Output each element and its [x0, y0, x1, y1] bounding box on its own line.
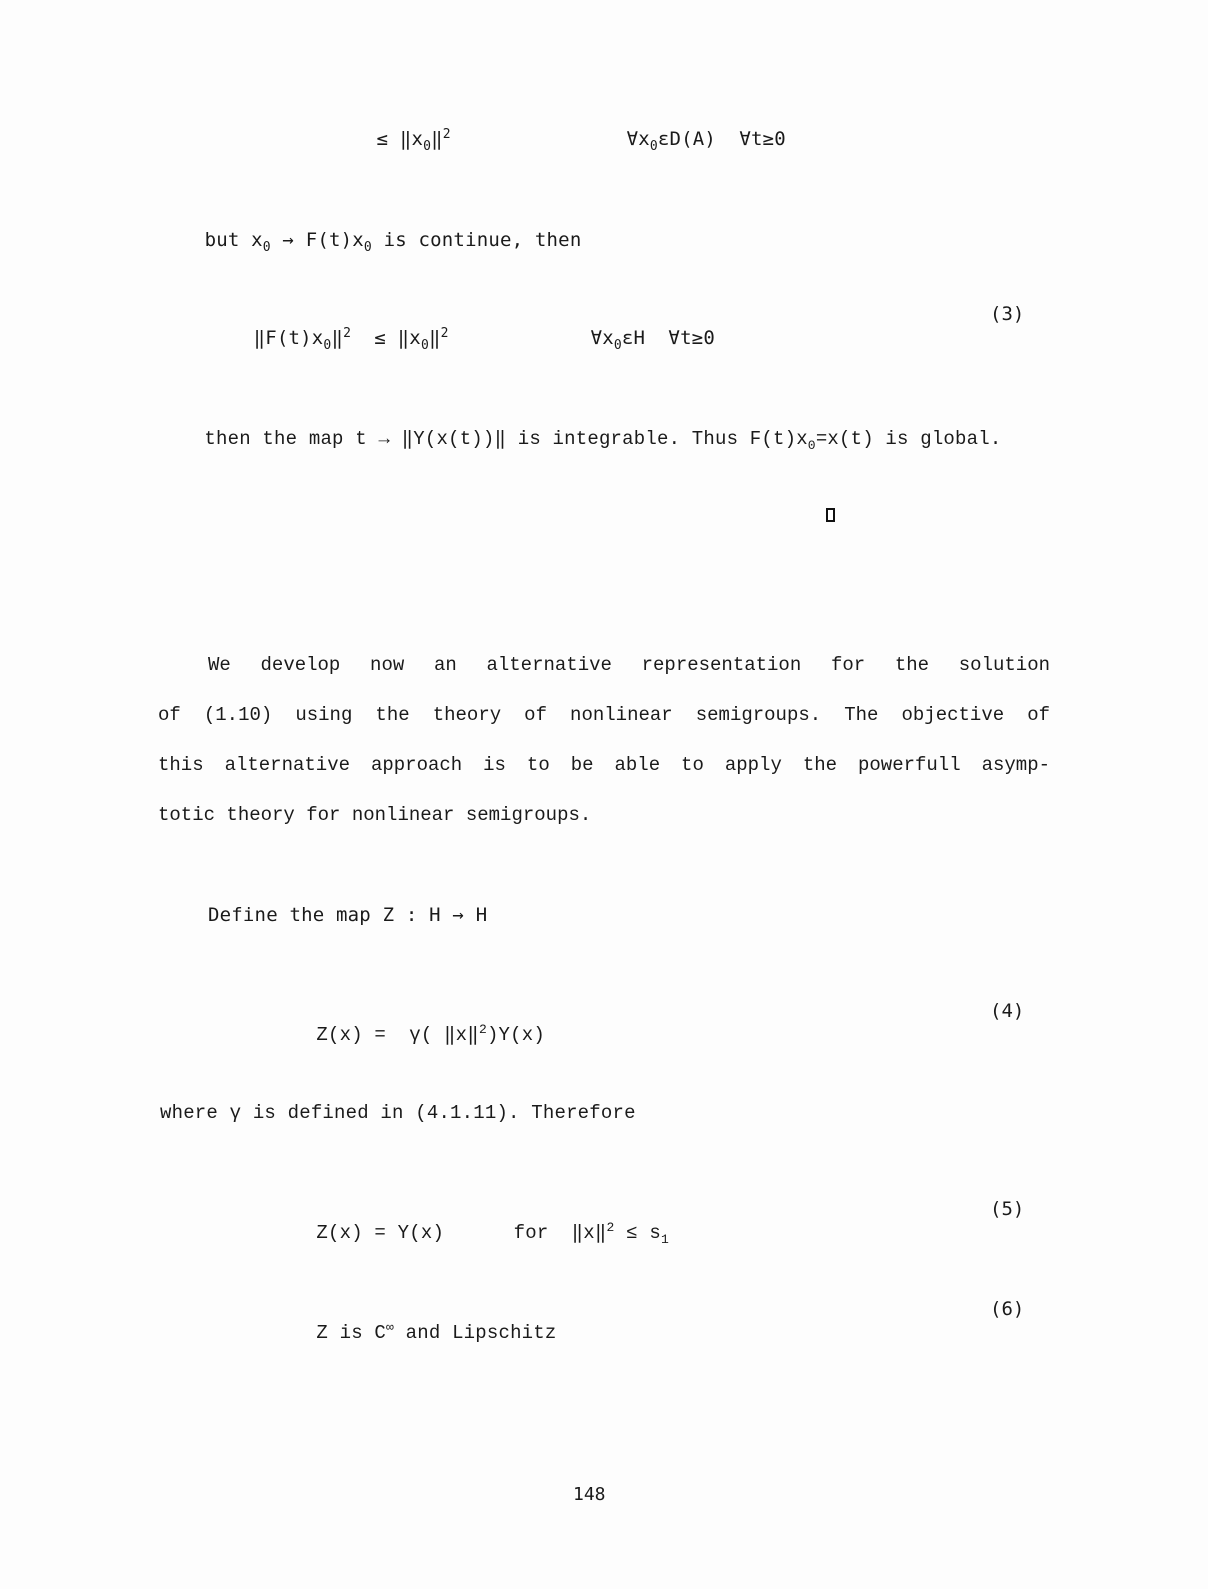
- text-segment: ‖F(t)x: [254, 327, 324, 349]
- equation-4: Z(x) = γ( ‖x‖2)Y(x): [270, 1002, 545, 1068]
- text-segment: ‖: [331, 327, 343, 349]
- condition-text: εD(A) ∀t≥0: [658, 128, 786, 150]
- subscript: 0: [614, 338, 622, 353]
- paragraph-line: of (1.10) using the theory of nonlinear …: [158, 690, 1050, 740]
- condition-line-1: ∀x0εD(A) ∀t≥0: [580, 106, 786, 172]
- paragraph-alternative-representation: We develop now an alternative representa…: [158, 640, 1050, 840]
- text-segment: Z(x) = γ( ‖x‖: [316, 1024, 479, 1046]
- paragraph-line: We develop now an alternative representa…: [158, 640, 1050, 690]
- text-segment: then the map t → ‖Y(x(t))‖ is integrable…: [204, 428, 807, 450]
- inequality-line-1: ≤ ‖x0‖2: [330, 106, 451, 172]
- text-segment: ≤ s: [615, 1222, 661, 1244]
- text-line-integrable: then the map t → ‖Y(x(t))‖ is integrable…: [158, 406, 1001, 472]
- text-segment: ≤ ‖x: [351, 327, 421, 349]
- text-segment: ∀x: [591, 327, 614, 349]
- document-page: ≤ ‖x0‖2 ∀x0εD(A) ∀t≥0 but x0 → F(t)x0 is…: [0, 0, 1208, 1589]
- equation-3: ‖F(t)x0‖2 ≤ ‖x0‖2: [207, 305, 449, 371]
- norm-bar: ‖: [431, 128, 443, 150]
- text-segment: but x: [205, 229, 263, 251]
- subscript: 0: [364, 240, 372, 255]
- text-segment: ‖: [429, 327, 441, 349]
- text-line-continue: but x0 → F(t)x0 is continue, then: [158, 207, 581, 273]
- define-map-line: Define the map Z : H → H: [208, 904, 487, 926]
- text-segment: is continue, then: [372, 229, 582, 251]
- forall-text: ∀x: [627, 128, 650, 150]
- superscript: 2: [479, 1022, 487, 1037]
- paragraph-line: this alternative approach is to be able …: [158, 740, 1050, 790]
- superscript: 2: [343, 326, 351, 341]
- subscript: 0: [421, 338, 429, 353]
- text-segment: Z is C: [316, 1322, 386, 1344]
- superscript: 2: [441, 326, 449, 341]
- page-number: 148: [573, 1484, 606, 1505]
- subscript: 1: [661, 1232, 669, 1247]
- text-segment: =x(t) is global.: [816, 428, 1002, 450]
- superscript: 2: [443, 127, 451, 142]
- qed-square-icon: [826, 508, 835, 522]
- paragraph-line: totic theory for nonlinear semigroups.: [158, 790, 1050, 840]
- equation-number-4: (4): [990, 1000, 1024, 1022]
- equation-3-condition: ∀x0εH ∀t≥0: [544, 305, 715, 371]
- equation-number-5: (5): [990, 1198, 1024, 1220]
- text-segment: → F(t)x: [271, 229, 364, 251]
- superscript: ∞: [386, 1320, 394, 1335]
- where-line: where γ is defined in (4.1.11). Therefor…: [160, 1102, 636, 1124]
- text-segment: )Y(x): [487, 1024, 545, 1046]
- equation-6: Z is C∞ and Lipschitz: [270, 1300, 557, 1366]
- subscript: 0: [808, 438, 816, 453]
- text-segment: εH ∀t≥0: [622, 327, 715, 349]
- equation-number-3: (3): [990, 303, 1024, 325]
- text-segment: Z(x) = Y(x) for ‖x‖: [316, 1222, 606, 1244]
- equation-5: Z(x) = Y(x) for ‖x‖2 ≤ s1: [270, 1200, 669, 1266]
- subscript: 0: [263, 240, 271, 255]
- subscript: 0: [650, 139, 658, 154]
- subscript: 0: [423, 139, 431, 154]
- text-segment: and Lipschitz: [394, 1322, 556, 1344]
- equation-number-6: (6): [990, 1298, 1024, 1320]
- superscript: 2: [607, 1220, 615, 1235]
- inequality-lhs: ≤ ‖x: [377, 128, 424, 150]
